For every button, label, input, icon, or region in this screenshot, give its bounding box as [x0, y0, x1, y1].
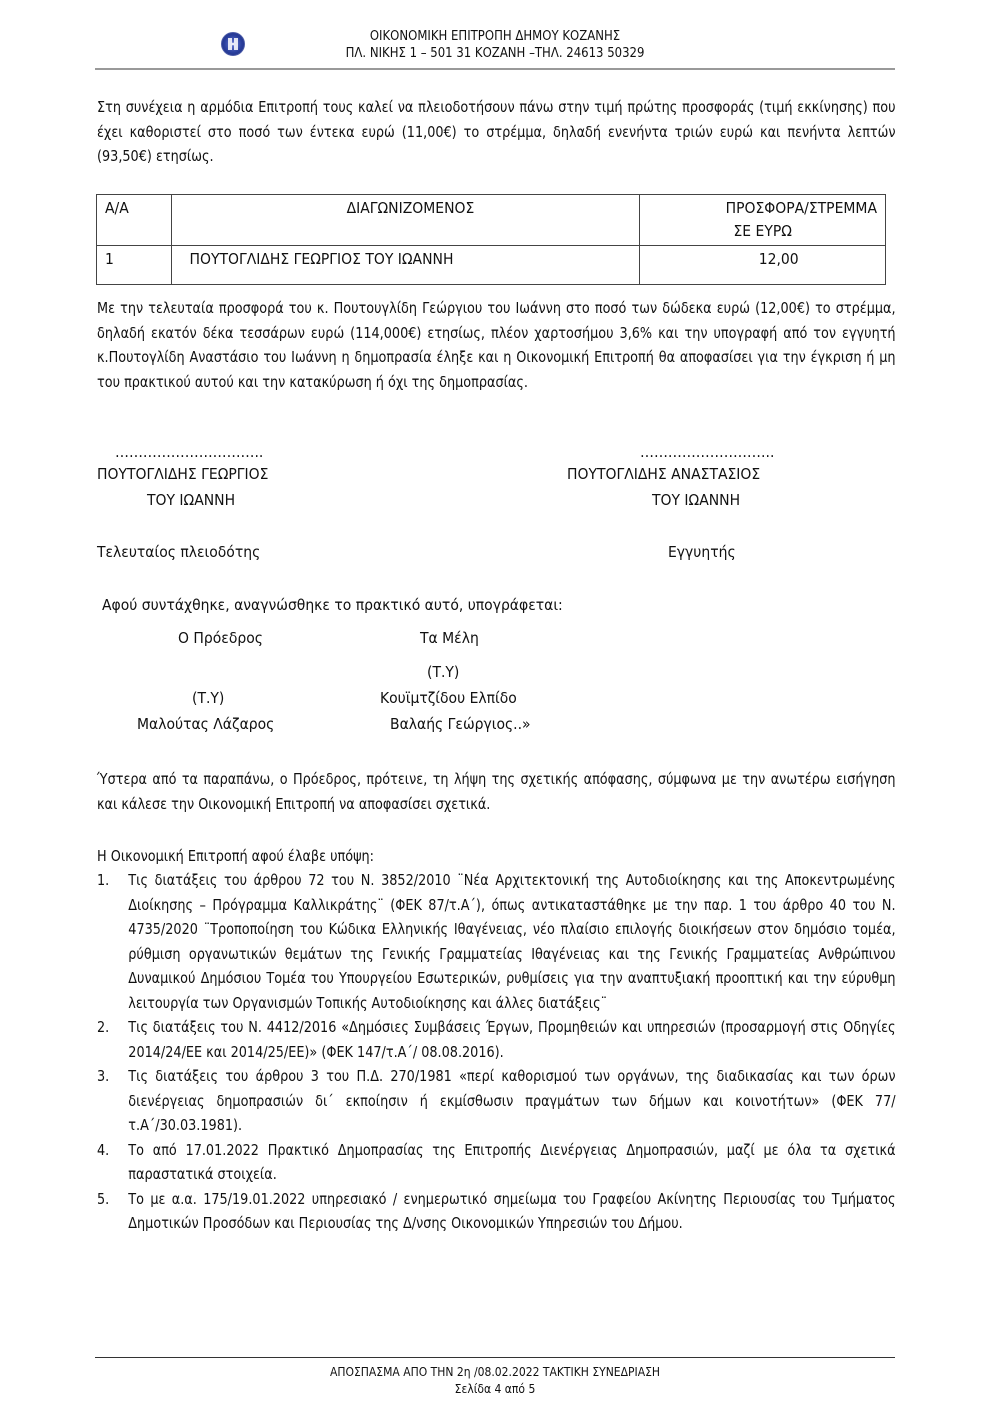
guarantor-name: ΠΟΥΤΟΓΛΙΔΗΣ ΑΝΑΣΤΑΣΙΟΣ: [567, 462, 760, 486]
page-number: Σελίδα 4 από 5: [95, 1381, 895, 1398]
intro-paragraph: Στη συνέχεια η αρμόδια Επιτροπή τους καλ…: [97, 95, 896, 169]
header-offer-line2: ΣΕ ΕΥΡΩ: [648, 220, 877, 243]
president-ty: (Τ.Υ): [192, 686, 224, 710]
page-footer: ΑΠΟΣΠΑΣΜΑ ΑΠΟ ΤΗΝ 2η /08.02.2022 ΤΑΚΤΙΚΗ…: [95, 1364, 895, 1398]
offer-table: Α/Α ΔΙΑΓΩΝΙΖΟΜΕΝΟΣ ΠΡΟΣΦΟΡΑ/ΣΤΡΕΜΜΑ ΣΕ Ε…: [96, 194, 886, 285]
member-ty: (Τ.Υ): [427, 660, 459, 684]
header-cell-bidder: ΔΙΑΓΩΝΙΖΟΜΕΝΟΣ: [171, 195, 640, 246]
bidder-name: ΠΟΥΤΟΓΛΙΔΗΣ ΓΕΩΡΓΙΟΣ: [97, 462, 268, 486]
considerations-intro: Η Οικονομική Επιτροπή αφού έλαβε υπόψη:: [97, 844, 896, 869]
list-item-text: Τις διατάξεις του Ν. 4412/2016 «Δημόσιες…: [128, 1018, 895, 1061]
guarantor-signature-dots: ………………………..: [640, 440, 774, 464]
guarantor-role: Εγγυητής: [668, 540, 736, 564]
cell-bidder: ΠΟΥΤΟΓΛΙΔΗΣ ΓΕΩΡΓΙΟΣ ΤΟΥ ΙΩΑΝΝΗ: [171, 246, 640, 285]
member-2-name: Βαλαής Γεώργιος..»: [390, 712, 531, 736]
list-item: 5.Το με α.α. 175/19.01.2022 υπηρεσιακό /…: [97, 1187, 896, 1236]
list-item-text: Το με α.α. 175/19.01.2022 υπηρεσιακό / ε…: [128, 1190, 895, 1233]
list-item-number: 4.: [97, 1138, 109, 1163]
list-item-text: Το από 17.01.2022 Πρακτικό Δημοπρασίας τ…: [128, 1141, 895, 1184]
footer-divider: [95, 1357, 895, 1358]
list-item: 1.Τις διατάξεις του άρθρου 72 του Ν. 385…: [97, 868, 896, 1015]
proposal-paragraph: Ύστερα από τα παραπάνω, ο Πρόεδρος, πρότ…: [97, 767, 896, 816]
list-item-text: Τις διατάξεις του άρθρου 3 του Π.Δ. 270/…: [128, 1067, 895, 1134]
letterhead-title: ΟΙΚΟΝΟΜΙΚΗ ΕΠΙΤΡΟΠΗ ΔΗΜΟΥ ΚΟΖΑΝΗΣ: [95, 28, 895, 45]
header-offer-line1: ΠΡΟΣΦΟΡΑ/ΣΤΡΕΜΜΑ: [648, 197, 877, 220]
result-paragraph: Με την τελευταία προσφορά του κ. Πουτουγ…: [97, 296, 896, 394]
footer-title: ΑΠΟΣΠΑΣΜΑ ΑΠΟ ΤΗΝ 2η /08.02.2022 ΤΑΚΤΙΚΗ…: [95, 1364, 895, 1381]
document-page: ΟΙΚΟΝΟΜΙΚΗ ΕΠΙΤΡΟΠΗ ΔΗΜΟΥ ΚΟΖΑΝΗΣ ΠΛ. ΝΙ…: [0, 0, 1000, 1415]
members-title: Τα Μέλη: [420, 626, 479, 650]
list-item-number: 3.: [97, 1064, 109, 1089]
signoff-intro: Αφού συντάχθηκε, αναγνώσθηκε το πρακτικό…: [102, 593, 563, 617]
header-cell-number: Α/Α: [97, 195, 172, 246]
bidder-signature-dots: …………………………..: [115, 440, 263, 464]
bidder-role: Τελευταίος πλειοδότης: [97, 540, 260, 564]
letterhead: ΟΙΚΟΝΟΜΙΚΗ ΕΠΙΤΡΟΠΗ ΔΗΜΟΥ ΚΟΖΑΝΗΣ ΠΛ. ΝΙ…: [95, 28, 895, 62]
president-title: Ο Πρόεδρος: [178, 626, 263, 650]
member-1-name: Κουϊμτζίδου Ελπίδο: [380, 686, 517, 710]
list-item-number: 5.: [97, 1187, 109, 1212]
list-item: 3.Τις διατάξεις του άρθρου 3 του Π.Δ. 27…: [97, 1064, 896, 1138]
list-item: 2.Τις διατάξεις του Ν. 4412/2016 «Δημόσι…: [97, 1015, 896, 1064]
president-name: Μαλούτας Λάζαρος: [137, 712, 274, 736]
bidder-father: ΤΟΥ ΙΩΑΝΝΗ: [147, 488, 235, 512]
table-row: 1 ΠΟΥΤΟΓΛΙΔΗΣ ΓΕΩΡΓΙΟΣ ΤΟΥ ΙΩΑΝΝΗ 12,00: [97, 246, 886, 285]
header-cell-offer: ΠΡΟΣΦΟΡΑ/ΣΤΡΕΜΜΑ ΣΕ ΕΥΡΩ: [640, 195, 886, 246]
considerations-list: 1.Τις διατάξεις του άρθρου 72 του Ν. 385…: [97, 868, 896, 1236]
list-item: 4.Το από 17.01.2022 Πρακτικό Δημοπρασίας…: [97, 1138, 896, 1187]
guarantor-father: ΤΟΥ ΙΩΑΝΝΗ: [652, 488, 740, 512]
offer-value: 12,00: [759, 250, 799, 268]
cell-offer: 12,00: [640, 246, 886, 285]
list-item-text: Τις διατάξεις του άρθρου 72 του Ν. 3852/…: [128, 871, 895, 1012]
list-item-number: 1.: [97, 868, 109, 893]
letterhead-address: ΠΛ. ΝΙΚΗΣ 1 – 501 31 ΚΟΖΑΝΗ –ΤΗΛ. 24613 …: [95, 45, 895, 62]
table-header-row: Α/Α ΔΙΑΓΩΝΙΖΟΜΕΝΟΣ ΠΡΟΣΦΟΡΑ/ΣΤΡΕΜΜΑ ΣΕ Ε…: [97, 195, 886, 246]
cell-number: 1: [97, 246, 172, 285]
header-divider: [95, 68, 895, 70]
list-item-number: 2.: [97, 1015, 109, 1040]
